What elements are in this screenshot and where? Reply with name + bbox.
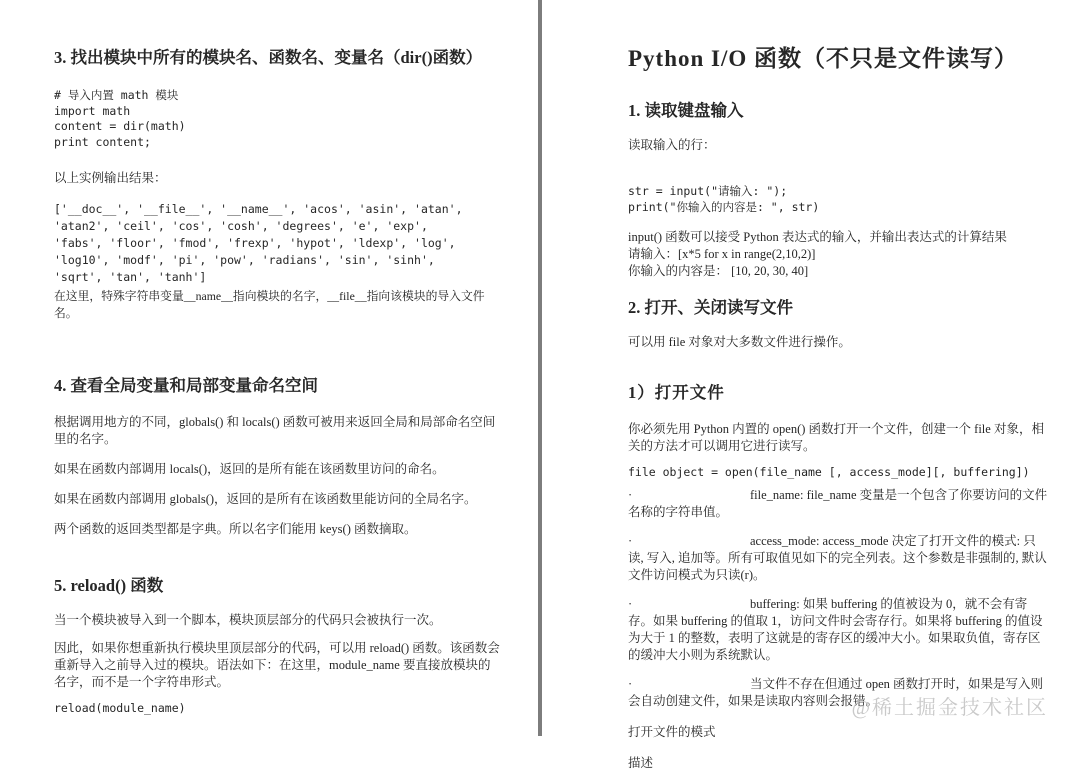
- paragraph-reload-2: 因此，如果你想重新执行模块里顶层部分的代码，可以用 reload() 函数。该函…: [54, 640, 500, 691]
- code-line: file object = open(file_name [, access_m…: [628, 465, 1050, 481]
- page-divider: [538, 0, 542, 736]
- paragraph-globals-locals: 根据调用地方的不同，globals() 和 locals() 函数可被用来返回全…: [54, 414, 500, 448]
- bullet-item-access-mode: ·access_mode: access_mode 决定了打开文件的模式: 只读…: [628, 533, 1050, 584]
- bullet-text: access_mode: access_mode 决定了打开文件的模式: 只读,…: [628, 534, 1047, 582]
- section-heading-dir: 3. 找出模块中所有的模块名、函数名、变量名（dir()函数）: [54, 44, 500, 68]
- page-left: 3. 找出模块中所有的模块名、函数名、变量名（dir()函数） # 导入内置 m…: [0, 0, 538, 717]
- code-block-dir-example: # 导入内置 math 模块 import math content = dir…: [54, 88, 500, 150]
- output-line: 'sqrt', 'tan', 'tanh']: [54, 269, 500, 286]
- code-line: str = input("请输入: ");: [628, 184, 1050, 200]
- output-line: 'fabs', 'floor', 'fmod', 'frexp', 'hypot…: [54, 235, 500, 252]
- code-line: print content;: [54, 135, 500, 151]
- paragraph-keys: 两个函数的返回类型都是字典。所以名字们能用 keys() 函数摘取。: [54, 521, 500, 538]
- code-line: import math: [54, 104, 500, 120]
- bullet-text: file_name: file_name 变量是一个包含了你要访问的文件名称的字…: [628, 488, 1047, 519]
- paragraph-output-note: 在这里，特殊字符串变量__name__指向模块的名字，__file__指向该模块…: [54, 288, 500, 322]
- paragraph-locals: 如果在函数内部调用 locals()，返回的是所有能在该函数里访问的命名。: [54, 461, 500, 478]
- code-block-dir-output: ['__doc__', '__file__', '__name__', 'aco…: [54, 201, 500, 286]
- bullet-text: buffering: 如果 buffering 的值被设为 0，就不会有寄存。如…: [628, 597, 1042, 662]
- bullet-marker: ·: [628, 533, 638, 550]
- bullet-item-buffering: ·buffering: 如果 buffering 的值被设为 0，就不会有寄存。…: [628, 596, 1050, 664]
- output-line: 'log10', 'modf', 'pi', 'pow', 'radians',…: [54, 252, 500, 269]
- code-line: content = dir(math): [54, 119, 500, 135]
- section-heading-namespaces: 4. 查看全局变量和局部变量命名空间: [54, 372, 500, 396]
- bullet-marker: ·: [628, 596, 638, 613]
- code-line: reload(module_name): [54, 701, 500, 717]
- section-heading-open-close-files: 2. 打开、关闭读写文件: [628, 294, 1050, 318]
- paragraph-output-intro: 以上实例输出结果：: [54, 170, 500, 187]
- paragraph-read-line: 读取输入的行：: [628, 137, 1050, 154]
- watermark: @稀土掘金技术社区: [852, 691, 1048, 720]
- io-line: input() 函数可以接受 Python 表达式的输入，并输出表达式的计算结果: [628, 229, 1050, 246]
- output-line: 'atan2', 'ceil', 'cos', 'cosh', 'degrees…: [54, 218, 500, 235]
- io-line: 请输入：[x*5 for x in range(2,10,2)]: [628, 246, 1050, 263]
- page-title: Python I/O 函数（不只是文件读写）: [628, 40, 1050, 73]
- code-block-input-example: str = input("请输入: "); print("你输入的内容是: ",…: [628, 184, 1050, 215]
- bullet-marker: ·: [628, 487, 638, 504]
- io-line: 你输入的内容是： [10, 20, 30, 40]: [628, 263, 1050, 280]
- page-right: Python I/O 函数（不只是文件读写） 1. 读取键盘输入 读取输入的行：…: [546, 0, 1080, 736]
- section-heading-keyboard-input: 1. 读取键盘输入: [628, 97, 1050, 121]
- code-block-open-syntax: file object = open(file_name [, access_m…: [628, 465, 1050, 481]
- section-heading-reload: 5. reload() 函数: [54, 572, 500, 596]
- code-block-reload: reload(module_name): [54, 701, 500, 717]
- code-line: # 导入内置 math 模块: [54, 88, 500, 104]
- section-heading-open-file: 1）打开文件: [628, 379, 1050, 403]
- paragraph-reload-1: 当一个模块被导入到一个脚本，模块顶层部分的代码只会被执行一次。: [54, 612, 500, 629]
- paragraph-file-object: 可以用 file 对象对大多数文件进行操作。: [628, 334, 1050, 351]
- bullet-marker: ·: [628, 676, 638, 693]
- output-line: ['__doc__', '__file__', '__name__', 'aco…: [54, 201, 500, 218]
- paragraph-globals: 如果在函数内部调用 globals()，返回的是所有在该函数里能访问的全局名字。: [54, 491, 500, 508]
- paragraph-open-intro: 你必须先用 Python 内置的 open() 函数打开一个文件，创建一个 fi…: [628, 421, 1050, 455]
- bullet-item-file-name: ·file_name: file_name 变量是一个包含了你要访问的文件名称的…: [628, 487, 1050, 521]
- paragraph-open-modes: 打开文件的模式: [628, 724, 1050, 737]
- code-line: print("你输入的内容是: ", str): [628, 200, 1050, 216]
- paragraph-input-result: input() 函数可以接受 Python 表达式的输入，并输出表达式的计算结果…: [628, 229, 1050, 280]
